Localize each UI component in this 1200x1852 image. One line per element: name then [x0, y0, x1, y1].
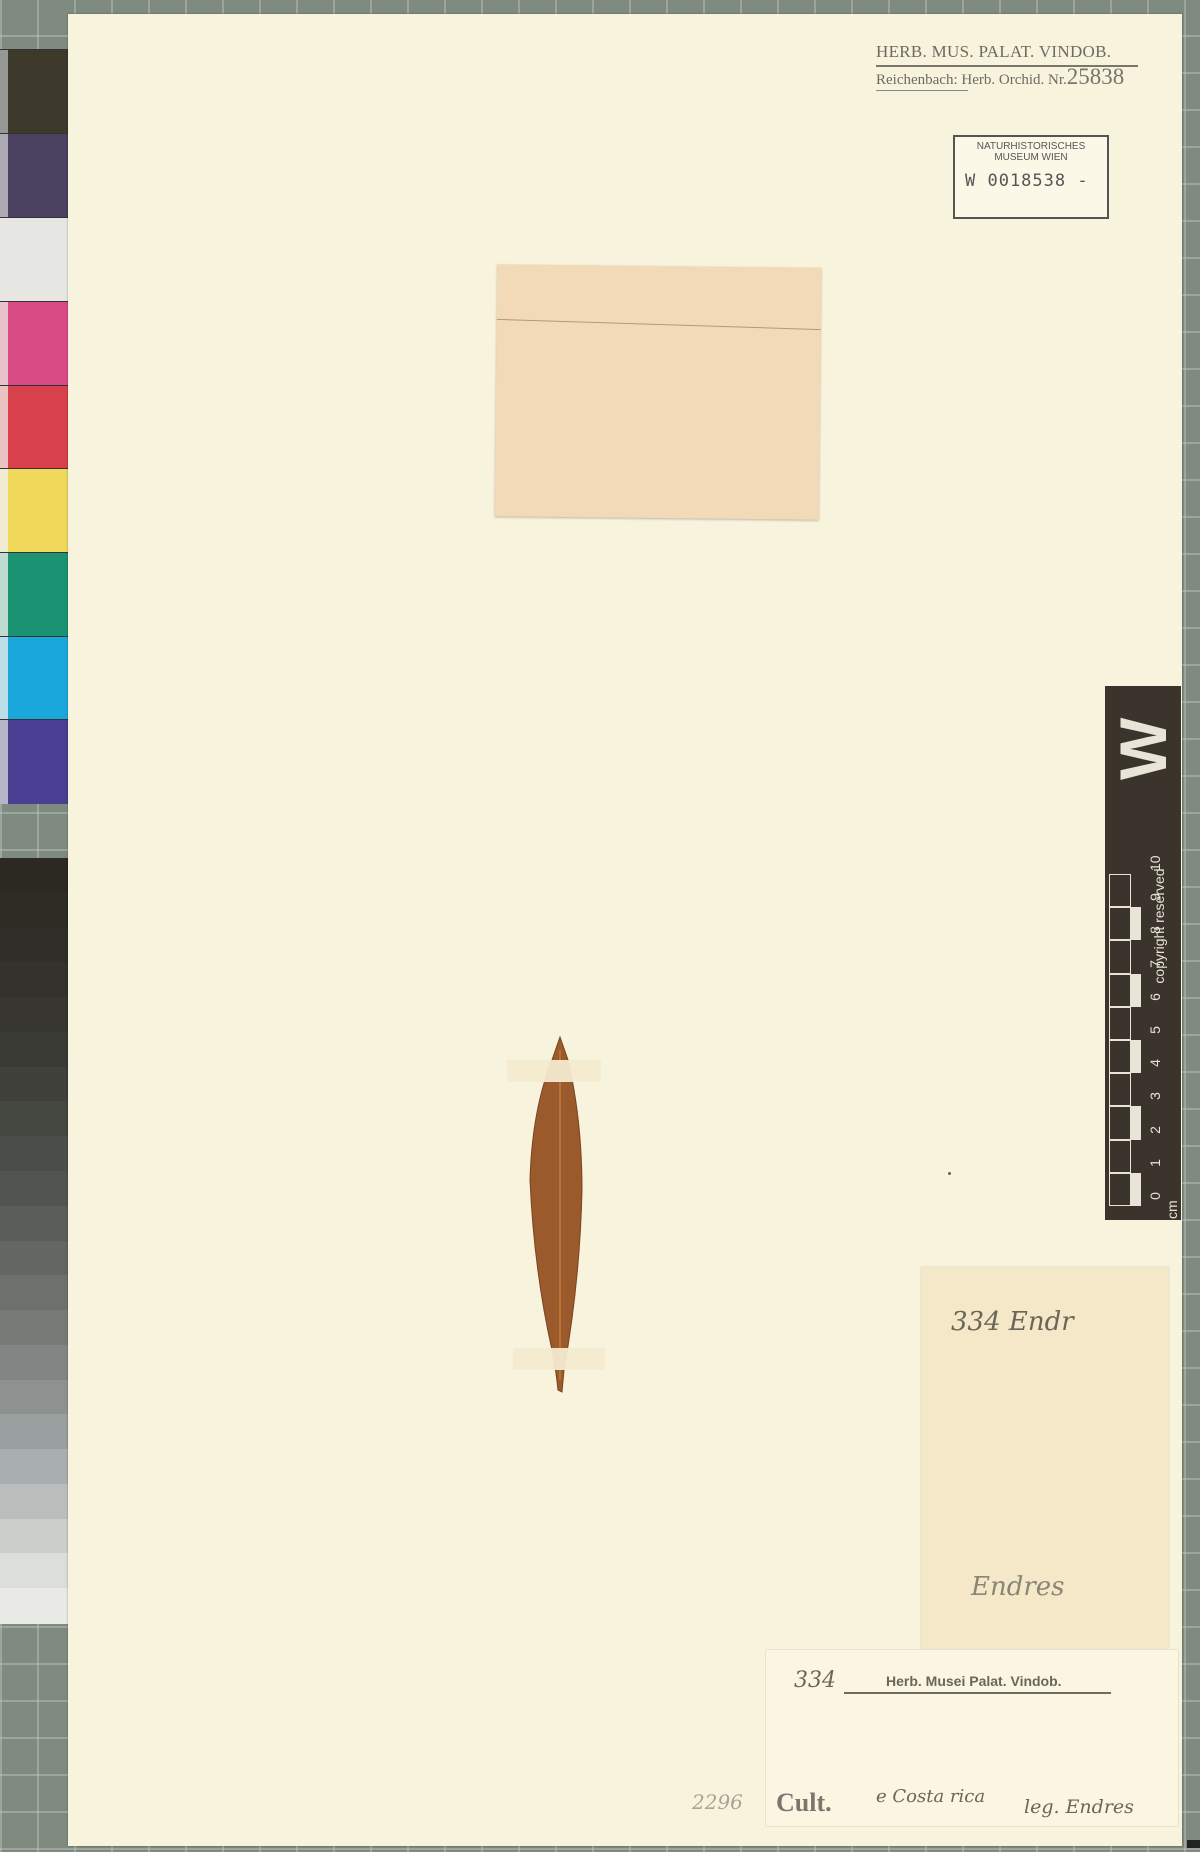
- label-cult: Cult.: [776, 1788, 832, 1818]
- ruler-tick-label: 8: [1147, 923, 1163, 937]
- color-patch-pink: [0, 301, 70, 385]
- collector-label-number: 334 Endr: [951, 1307, 1074, 1337]
- collector-label: 334 Endr Endres: [921, 1267, 1169, 1648]
- gray-step: [0, 1449, 68, 1485]
- gray-step: [0, 1032, 68, 1068]
- stamp-line-2: MUSEUM WIEN: [955, 152, 1107, 163]
- herbarium-header: HERB. MUS. PALAT. VINDOB. Reichenbach: H…: [876, 42, 1124, 90]
- ruler-cell: [1109, 974, 1131, 1007]
- packet-fold-line: [497, 319, 821, 330]
- color-patch-edge: [0, 302, 8, 385]
- gray-step: [0, 1345, 68, 1381]
- color-patch-edge: [0, 553, 8, 636]
- color-patch-edge: [0, 720, 8, 804]
- gray-step: [0, 1414, 68, 1450]
- color-patch-edge: [0, 218, 8, 301]
- label-collector: leg. Endres: [1024, 1796, 1134, 1818]
- gray-step: [0, 858, 68, 894]
- ruler-tick-label: 6: [1147, 990, 1163, 1004]
- color-patch-edge: [0, 134, 8, 217]
- stamp-line-1: NATURHISTORISCHES: [955, 141, 1107, 152]
- ruler-tick-label: 7: [1147, 957, 1163, 971]
- color-patch-green: [0, 552, 70, 636]
- ruler-cell: [1109, 1173, 1131, 1206]
- gray-step: [0, 997, 68, 1033]
- specimen-packet: [495, 264, 822, 519]
- leaf-specimen: [490, 1030, 640, 1400]
- header-number: 25838: [1067, 64, 1125, 89]
- determination-label: 334 Herb. Musei Palat. Vindob. Cult. e C…: [766, 1650, 1178, 1826]
- ruler-unit: cm: [1164, 1205, 1180, 1219]
- header-title: HERB. MUS. PALAT. VINDOB.: [876, 42, 1124, 62]
- gray-step: [0, 1310, 68, 1346]
- ruler-tick-label: 2: [1147, 1123, 1163, 1137]
- ruler-cell: [1109, 1140, 1131, 1173]
- ruler-cell: [1109, 1106, 1131, 1139]
- header-rule: [876, 65, 1138, 67]
- ruler-cell: [1109, 1007, 1131, 1040]
- ruler-alt-bar: [1131, 974, 1141, 1007]
- color-patch-white: [0, 217, 70, 301]
- ruler-tick-label: 1: [1147, 1156, 1163, 1170]
- header-subtitle-text: Reichenbach: Herb. Orchid. Nr.: [876, 72, 1067, 88]
- color-patch-yellow: [0, 468, 70, 552]
- ruler-alt-bar: [1131, 1040, 1141, 1073]
- ruler-tick-label: 3: [1147, 1089, 1163, 1103]
- gray-step: [0, 893, 68, 929]
- gray-step: [0, 962, 68, 998]
- gray-step: [0, 1171, 68, 1207]
- ruler-tick-label: 9: [1147, 890, 1163, 904]
- gray-step: [0, 1519, 68, 1555]
- gray-step: [0, 1553, 68, 1589]
- ruler-tick-label: 0: [1147, 1189, 1163, 1203]
- color-patch-dark-olive: [0, 49, 70, 133]
- gray-step: [0, 1067, 68, 1103]
- label-locality: e Costa rica: [876, 1786, 985, 1807]
- ruler-tick-label: 10: [1147, 857, 1163, 871]
- museum-stamp: NATURHISTORISCHES MUSEUM WIEN W 0018538 …: [953, 135, 1109, 219]
- gray-step: [0, 1588, 68, 1624]
- barcode-id: W 0018538 -: [965, 171, 1107, 191]
- ruler-tick-label: 4: [1147, 1056, 1163, 1070]
- gray-step: [0, 928, 68, 964]
- color-patch-red: [0, 385, 70, 468]
- institution-logo: W: [1113, 720, 1173, 780]
- ruler-cell: [1109, 940, 1131, 973]
- gray-step: [0, 1380, 68, 1416]
- gray-step: [0, 1136, 68, 1172]
- corner-mark: [1187, 1840, 1200, 1848]
- scale-bar: W copyright reserved 012345678910cm: [1105, 686, 1181, 1220]
- ruler-cell: [1109, 1073, 1131, 1106]
- label-institution: Herb. Musei Palat. Vindob.: [886, 1673, 1062, 1689]
- leaf-icon: [490, 1030, 640, 1400]
- color-patch-edge: [0, 386, 8, 468]
- label-number: 334: [794, 1668, 836, 1693]
- ruler-alt-bar: [1131, 1173, 1141, 1206]
- gray-step: [0, 1101, 68, 1137]
- gray-step: [0, 1275, 68, 1311]
- gray-step: [0, 1206, 68, 1242]
- ruler-cell: [1109, 1040, 1131, 1073]
- collector-label-name: Endres: [971, 1572, 1065, 1602]
- color-patch-dark-purple: [0, 133, 70, 217]
- ruler-alt-bar: [1131, 907, 1141, 940]
- gray-step: [0, 1484, 68, 1520]
- color-patch-edge: [0, 50, 8, 133]
- color-patch-edge: [0, 469, 8, 552]
- header-subtitle: Reichenbach: Herb. Orchid. Nr.25838: [876, 64, 1124, 90]
- color-patch-edge: [0, 637, 8, 719]
- header-underline: [876, 90, 968, 91]
- gray-step: [0, 1241, 68, 1277]
- paper-speck: [948, 1172, 951, 1175]
- ruler-tick-label: 5: [1147, 1023, 1163, 1037]
- label-rule: [844, 1692, 1111, 1694]
- pencil-number: 2296: [692, 1790, 743, 1814]
- color-patch-blue-violet: [0, 719, 70, 804]
- color-patch-cyan: [0, 636, 70, 719]
- ruler-alt-bar: [1131, 1106, 1141, 1139]
- ruler-cell: [1109, 874, 1131, 907]
- ruler-cell: [1109, 907, 1131, 940]
